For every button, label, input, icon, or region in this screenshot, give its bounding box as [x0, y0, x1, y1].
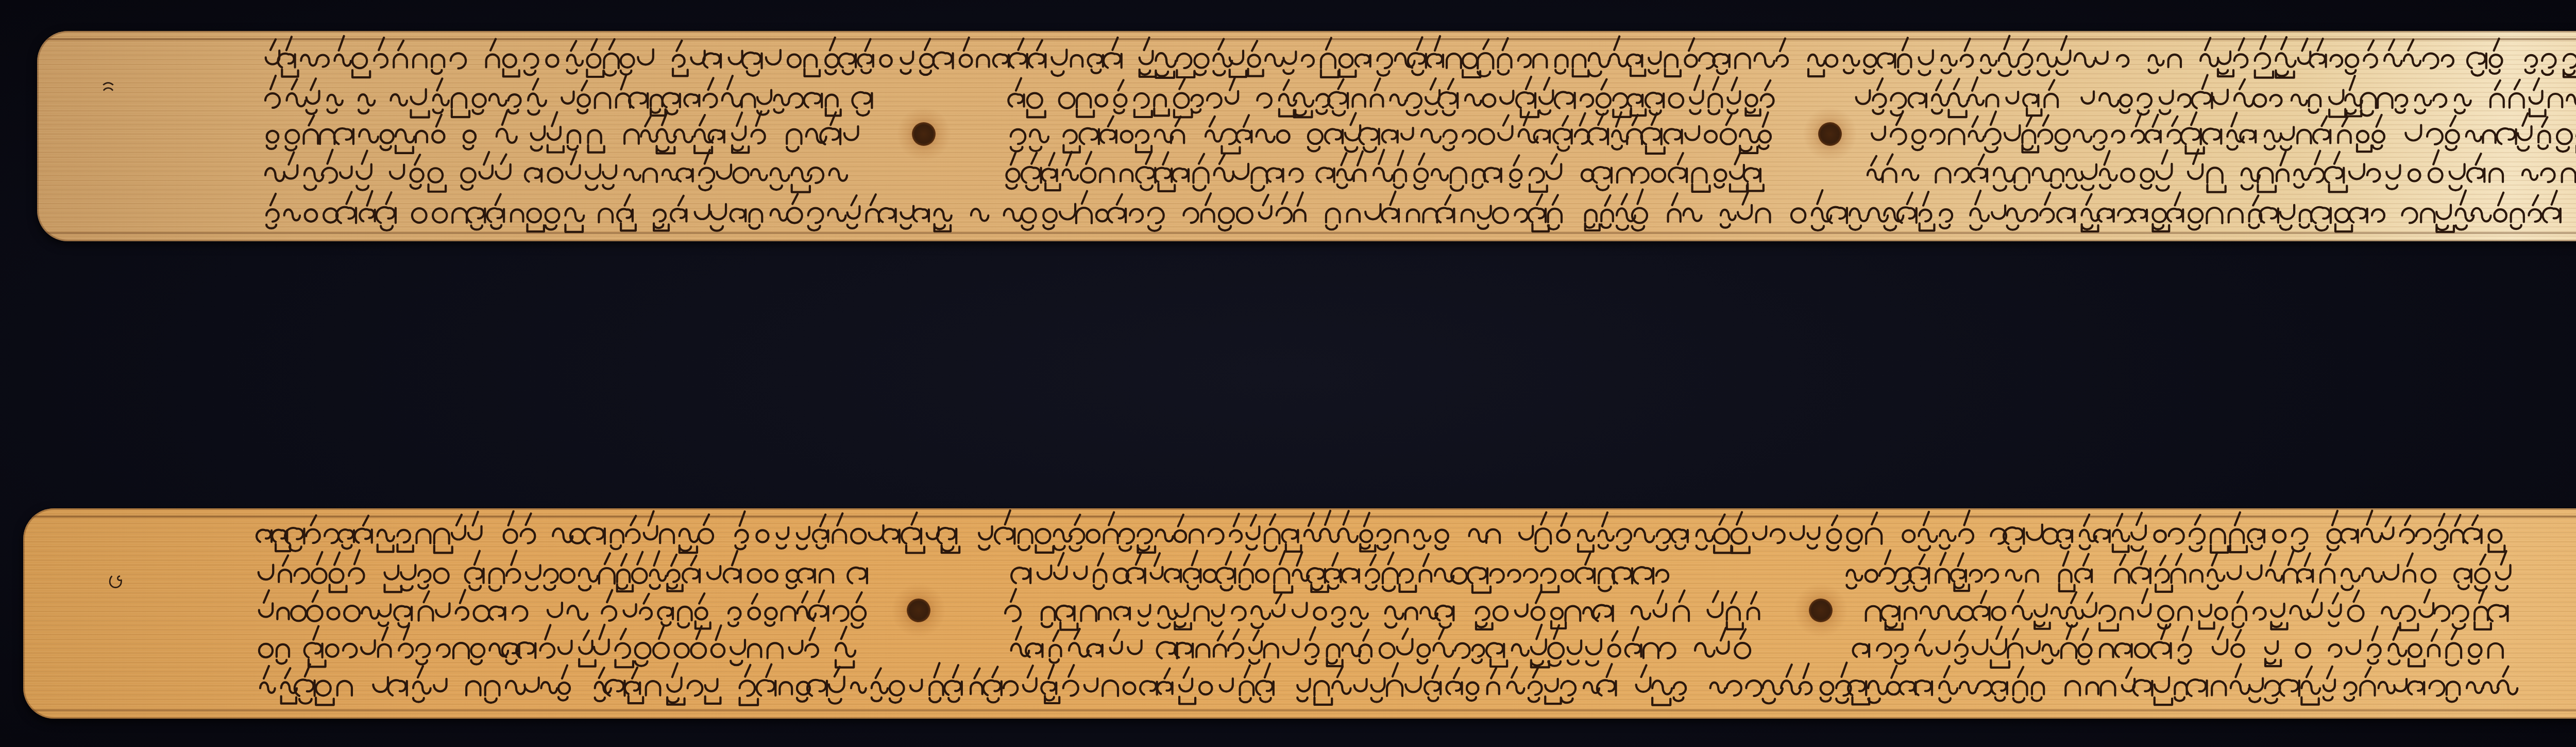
script-line-segment	[260, 662, 2517, 705]
script-line-segment	[1846, 551, 2510, 592]
script-line-segment	[265, 150, 847, 192]
script-line-segment	[1005, 589, 1759, 630]
script-line-segment	[259, 590, 866, 628]
script-line-segment	[1011, 625, 1750, 667]
script-line-segment	[265, 75, 872, 118]
script-line-segment	[1008, 76, 1773, 118]
script-line-segment	[1006, 150, 1763, 192]
script-line-segment	[259, 625, 855, 668]
script-line-segment	[1868, 150, 2575, 192]
handwritten-script-layer	[0, 0, 2576, 747]
script-line-segment	[1872, 111, 2576, 153]
script-line-segment	[1856, 75, 2576, 118]
script-line-segment	[259, 550, 867, 592]
script-line-segment	[1011, 551, 1668, 592]
script-line-segment	[1853, 625, 2503, 667]
script-line-segment	[266, 36, 2576, 78]
script-line-segment	[267, 111, 858, 154]
script-line-segment	[257, 510, 2504, 553]
script-line-segment	[1011, 112, 1771, 154]
script-line-segment	[266, 190, 2576, 232]
script-line-segment	[1866, 589, 2508, 630]
